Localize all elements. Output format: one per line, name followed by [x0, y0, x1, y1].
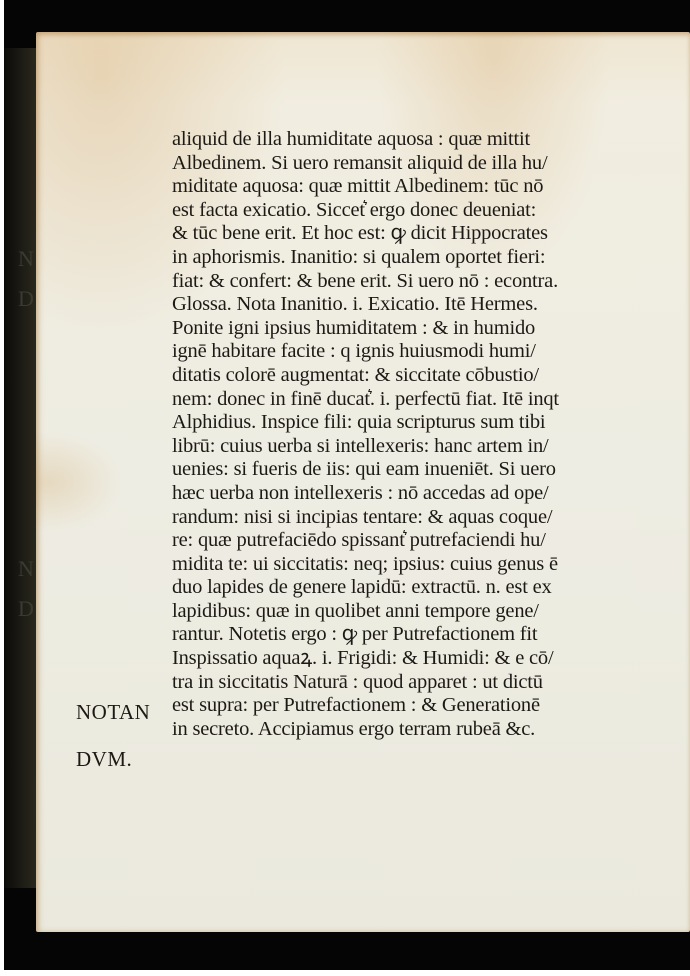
- underlying-page-edge: N D N D: [4, 48, 36, 888]
- text-line: randum: nisi si incipias tentare: & aqua…: [172, 506, 602, 530]
- bleed-through-letter: N: [18, 246, 34, 272]
- text-line: librū: cuius uerba si intellexeris: hanc…: [172, 435, 602, 459]
- text-line: miditate aquosa: quæ mittit Albedinem: t…: [172, 175, 602, 199]
- body-text: aliquid de illa humiditate aquosa : quæ …: [172, 128, 602, 741]
- text-line: Ponite igni ipsius humiditatem : & in hu…: [172, 317, 602, 341]
- text-line: nem: donec in finē ducat͛. i. perfectū f…: [172, 388, 602, 412]
- text-line: Alphidius. Inspice fili: quia scripturus…: [172, 411, 602, 435]
- text-line: hæc uerba non intellexeris : nō accedas …: [172, 482, 602, 506]
- text-line: & tūc bene erit. Et hoc est: ꝙ dicit Hip…: [172, 222, 602, 246]
- text-line: lapidibus: quæ in quolibet anni tempore …: [172, 600, 602, 624]
- text-line: duo lapides de genere lapidū: extractū. …: [172, 576, 602, 600]
- text-line: aliquid de illa humiditate aquosa : quæ …: [172, 128, 602, 152]
- text-line: midita te: ui siccitatis: neq; ipsius: c…: [172, 553, 602, 577]
- text-line: in aphorismis. Inanitio: si qualem oport…: [172, 246, 602, 270]
- text-line: est facta exicatio. Siccet͛ ergo donec d…: [172, 199, 602, 223]
- text-line: re: quæ putrefaciēdo spissant͛ putrefaci…: [172, 529, 602, 553]
- text-line: Inspissatio aquaꝝ. i. Frigidi: & Humidi:…: [172, 647, 602, 671]
- marginal-note-line-1: NOTAN: [76, 700, 150, 725]
- text-line: tra in siccitatis Naturā : quod apparet …: [172, 671, 602, 695]
- marginal-note-line-2: DVM.: [76, 747, 132, 772]
- text-line: rantur. Notetis ergo : ꝙ per Putrefactio…: [172, 623, 602, 647]
- bleed-through-letter: N: [18, 556, 34, 582]
- text-line: est supra: per Putrefactionem : & Genera…: [172, 694, 602, 718]
- text-line: in secreto. Accipiamus ergo terram rubeā…: [172, 718, 602, 742]
- text-line: Albedinem. Si uero remansit aliquid de i…: [172, 152, 602, 176]
- bleed-through-letter: D: [18, 596, 34, 622]
- text-line: ignē habitare facite : q ignis huiusmodi…: [172, 340, 602, 364]
- text-line: fiat: & confert: & bene erit. Si uero nō…: [172, 270, 602, 294]
- text-line: Glossa. Nota Inanitio. i. Exicatio. Itē …: [172, 293, 602, 317]
- text-line: uenies: si fueris de iis: qui eam inueni…: [172, 458, 602, 482]
- bleed-through-letter: D: [18, 286, 34, 312]
- text-line: ditatis colorē augmentat: & siccitate cō…: [172, 364, 602, 388]
